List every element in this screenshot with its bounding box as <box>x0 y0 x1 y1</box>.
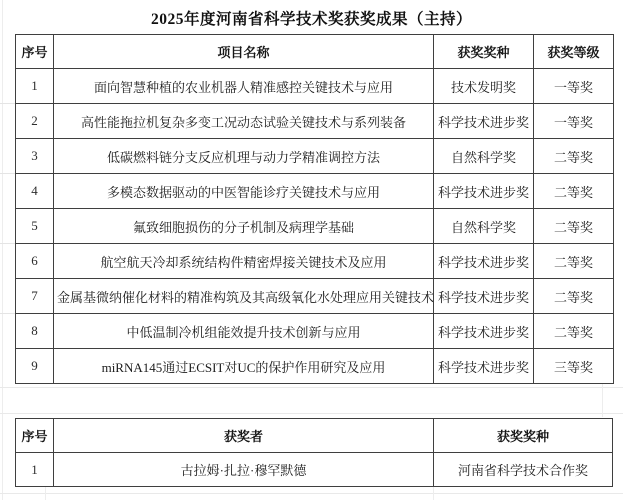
cell-award-grade: 一等奖 <box>534 69 614 104</box>
cell-project-name: 高性能拖拉机复杂多变工况动态试验关键技术与系列装备 <box>54 104 434 139</box>
cell-award-category: 自然科学奖 <box>434 139 534 174</box>
table-row: 9 miRNA145通过ECSIT对UC的保护作用研究及应用 科学技术进步奖 三… <box>16 349 614 384</box>
col-header-index: 序号 <box>16 35 54 69</box>
cell-award-grade: 二等奖 <box>534 279 614 314</box>
awards-table: 序号 项目名称 获奖奖种 获奖等级 1 面向智慧种植的农业机器人精准感控关键技术… <box>15 34 614 384</box>
document-page: 2025年度河南省科学技术奖获奖成果（主持） 序号 项目名称 获奖奖种 获奖等级… <box>0 0 623 500</box>
cell-index: 5 <box>16 209 54 244</box>
cell-award-category: 河南省科学技术合作奖 <box>434 453 613 487</box>
cell-project-name: 中低温制冷机组能效提升技术创新与应用 <box>54 314 434 349</box>
cell-award-category: 自然科学奖 <box>434 209 534 244</box>
gridline <box>0 493 623 494</box>
cell-index: 6 <box>16 244 54 279</box>
gridline <box>0 173 15 174</box>
gridline <box>0 387 623 388</box>
cell-award-category: 科学技术进步奖 <box>434 349 534 384</box>
table-row: 3 低碳燃料链分支反应机理与动力学精准调控方法 自然科学奖 二等奖 <box>16 139 614 174</box>
gridline <box>2 0 3 500</box>
cell-winner-name: 古拉姆·扎拉·穆罕默德 <box>54 453 434 487</box>
cell-project-name: 航空航天冷却系统结构件精密焊接关键技术及应用 <box>54 244 434 279</box>
cell-award-category: 科学技术进步奖 <box>434 244 534 279</box>
cell-award-grade: 二等奖 <box>534 244 614 279</box>
table-row: 1 古拉姆·扎拉·穆罕默德 河南省科学技术合作奖 <box>16 453 613 487</box>
col-header-index: 序号 <box>16 419 54 453</box>
cell-index: 7 <box>16 279 54 314</box>
cell-award-grade: 二等奖 <box>534 314 614 349</box>
cell-project-name: 低碳燃料链分支反应机理与动力学精准调控方法 <box>54 139 434 174</box>
cell-project-name: 面向智慧种植的农业机器人精准感控关键技术与应用 <box>54 69 434 104</box>
cell-award-grade: 二等奖 <box>534 139 614 174</box>
cell-award-grade: 三等奖 <box>534 349 614 384</box>
cell-award-category: 科学技术进步奖 <box>434 174 534 209</box>
col-header-project-name: 项目名称 <box>54 35 434 69</box>
cell-index: 1 <box>16 69 54 104</box>
document-title: 2025年度河南省科学技术奖获奖成果（主持） <box>0 7 623 29</box>
cell-award-grade: 二等奖 <box>534 209 614 244</box>
cell-award-grade: 二等奖 <box>534 174 614 209</box>
cell-index: 3 <box>16 139 54 174</box>
cell-award-category: 科学技术进步奖 <box>434 314 534 349</box>
gridline <box>45 487 46 500</box>
col-header-award-category: 获奖奖种 <box>434 419 613 453</box>
awards-header-row: 序号 项目名称 获奖奖种 获奖等级 <box>16 35 614 69</box>
cooperation-table: 序号 获奖者 获奖奖种 1 古拉姆·扎拉·穆罕默德 河南省科学技术合作奖 <box>15 418 613 487</box>
table-row: 2 高性能拖拉机复杂多变工况动态试验关键技术与系列装备 科学技术进步奖 一等奖 <box>16 104 614 139</box>
cell-project-name: 氟致细胞损伤的分子机制及病理学基础 <box>54 209 434 244</box>
cell-award-category: 科学技术进步奖 <box>434 279 534 314</box>
gridline <box>0 413 623 414</box>
cell-index: 4 <box>16 174 54 209</box>
cell-award-category: 技术发明奖 <box>434 69 534 104</box>
cell-index: 9 <box>16 349 54 384</box>
cell-project-name: 多模态数据驱动的中医智能诊疗关键技术与应用 <box>54 174 434 209</box>
cell-award-category: 科学技术进步奖 <box>434 104 534 139</box>
cell-award-grade: 一等奖 <box>534 104 614 139</box>
table-row: 8 中低温制冷机组能效提升技术创新与应用 科学技术进步奖 二等奖 <box>16 314 614 349</box>
col-header-winner: 获奖者 <box>54 419 434 453</box>
gridline <box>602 383 603 417</box>
gridline <box>433 487 434 500</box>
cell-index: 1 <box>16 453 54 487</box>
table-row: 1 面向智慧种植的农业机器人精准感控关键技术与应用 技术发明奖 一等奖 <box>16 69 614 104</box>
cooperation-header-row: 序号 获奖者 获奖奖种 <box>16 419 613 453</box>
cell-index: 2 <box>16 104 54 139</box>
table-row: 5 氟致细胞损伤的分子机制及病理学基础 自然科学奖 二等奖 <box>16 209 614 244</box>
table-row: 6 航空航天冷却系统结构件精密焊接关键技术及应用 科学技术进步奖 二等奖 <box>16 244 614 279</box>
gridline <box>0 103 15 104</box>
cell-project-name: 金属基微纳催化材料的精准构筑及其高级氧化水处理应用关键技术 <box>54 279 434 314</box>
cell-project-name: miRNA145通过ECSIT对UC的保护作用研究及应用 <box>54 349 434 384</box>
gridline <box>0 243 15 244</box>
col-header-award-grade: 获奖等级 <box>534 35 614 69</box>
table-row: 7 金属基微纳催化材料的精准构筑及其高级氧化水处理应用关键技术 科学技术进步奖 … <box>16 279 614 314</box>
cell-index: 8 <box>16 314 54 349</box>
gridline <box>0 313 15 314</box>
col-header-award-category: 获奖奖种 <box>434 35 534 69</box>
table-row: 4 多模态数据驱动的中医智能诊疗关键技术与应用 科学技术进步奖 二等奖 <box>16 174 614 209</box>
